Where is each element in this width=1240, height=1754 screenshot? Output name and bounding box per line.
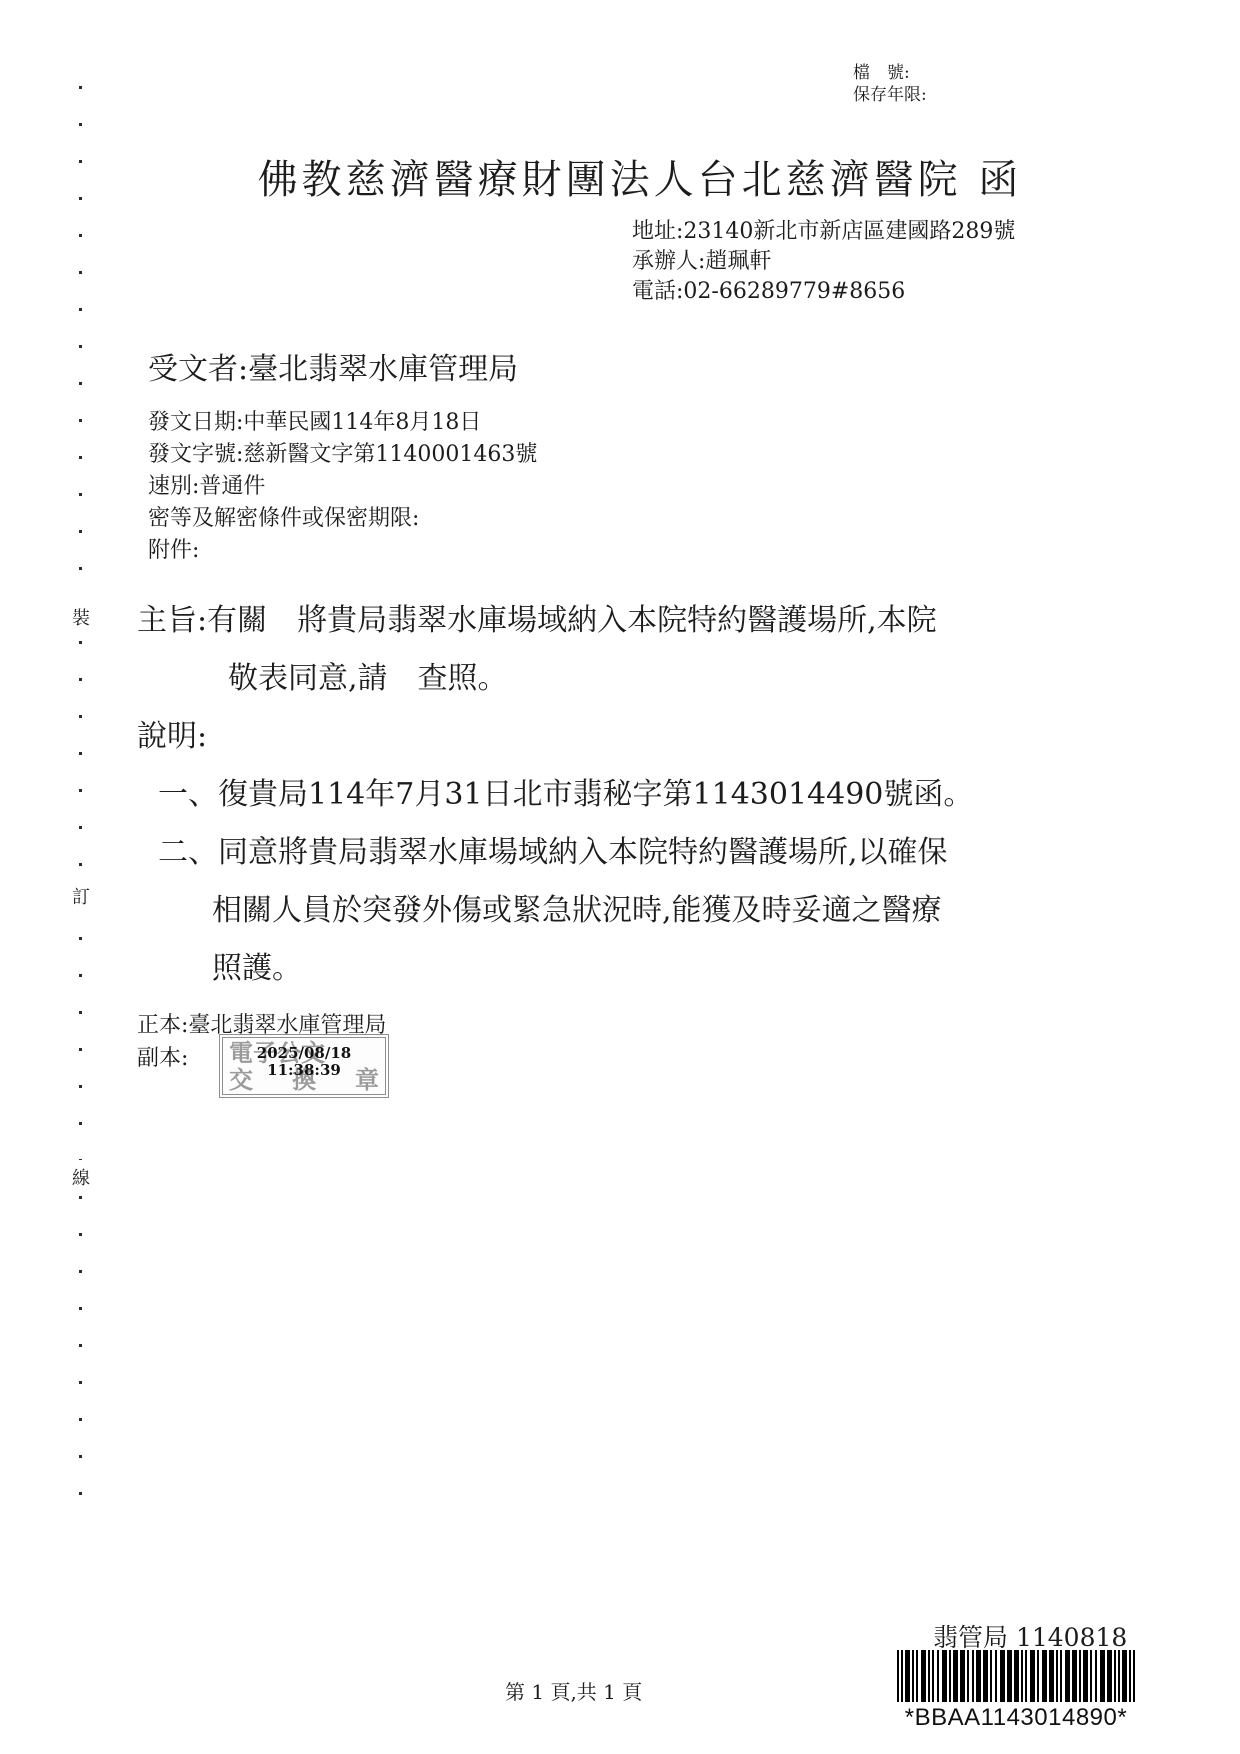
binding-dotted-line [79,86,82,1516]
barcode [897,1650,1135,1702]
attachment-line: 附件: [148,535,537,567]
doc-number: 發文字號:慈新醫文字第1140001463號 [148,439,537,471]
binding-mark-zhuang: 裝 [71,600,91,634]
explanation-label: 說明: [137,711,207,755]
meta-block: 發文日期:中華民國114年8月18日 發文字號:慈新醫文字第1140001463… [148,407,537,567]
file-number-block: 檔 號: 保存年限: [853,62,927,106]
explanation-item-2-line-1: 二、同意將貴局翡翠水庫場域納入本院特約醫護場所,以確保 [158,827,948,871]
binding-mark-xian: 線 [71,1160,91,1194]
security-class: 密等及解密條件或保密期限: [148,503,537,535]
retention-label: 保存年限: [853,84,927,106]
carbon-copy-label: 副本: [137,1041,188,1072]
explanation-item-2-line-3: 照護。 [212,943,302,987]
explanation-item-2-line-2: 相關人員於突發外傷或緊急狀況時,能獲及時妥適之醫療 [212,885,942,929]
binding-mark-ding: 訂 [71,879,91,913]
sender-address: 地址:23140新北市新店區建國路289號 [632,217,1015,247]
document-title: 佛教慈濟醫療財團法人台北慈濟醫院 函 [0,148,1240,205]
file-no-label: 檔 號: [853,62,927,84]
issue-date: 發文日期:中華民國114年8月18日 [148,407,537,439]
explanation-item-1: 一、復貴局114年7月31日北市翡秘字第1143014490號函。 [158,769,973,813]
document-page: 檔 號: 保存年限: 佛教慈濟醫療財團法人台北慈濟醫院 函 地址:23140新北… [0,0,1240,1754]
subject-line-2: 敬表同意,請 查照。 [228,653,508,697]
exchange-stamp: 電子公文 交 換 章 2025/08/18 11:38:39 [219,1034,389,1098]
barcode-label: *BBAA1143014890* [897,1704,1135,1732]
speed-class: 速別:普通件 [148,471,537,503]
stamp-datetime: 2025/08/18 11:38:39 [223,1045,385,1079]
sender-phone: 電話:02-66289779#8656 [632,277,1015,307]
agency-ref-number: 翡管局 1140818 [933,1618,1127,1654]
subject-line-1: 主旨:有關 將貴局翡翠水庫場域納入本院特約醫護場所,本院 [137,595,937,639]
recipient-line: 受文者:臺北翡翠水庫管理局 [148,344,518,388]
sender-contact-block: 地址:23140新北市新店區建國路289號 承辦人:趙珮軒 電話:02-6628… [632,217,1015,307]
stamp-date: 2025/08/18 [223,1045,385,1062]
sender-contact-person: 承辦人:趙珮軒 [632,247,1015,277]
stamp-time: 11:38:39 [223,1062,385,1079]
page-number: 第 1 頁,共 1 頁 [505,1676,642,1705]
